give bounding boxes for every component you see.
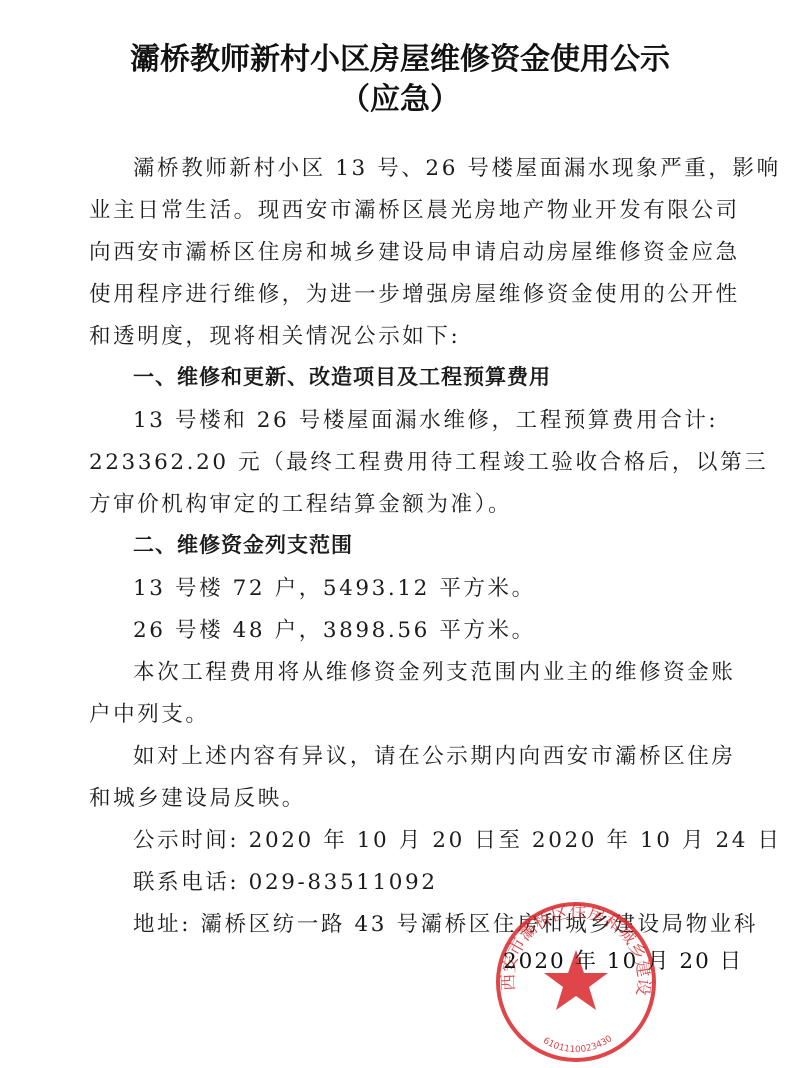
sign-date: 2020 年 10 月 20 日 — [503, 944, 743, 975]
intro-line-4: 使用程序进行维修，为进一步增强房屋维修资金使用的公开性 — [89, 277, 740, 308]
svg-text:6101110023430: 6101110023430 — [541, 1034, 615, 1055]
section1-line-1: 13 号楼和 26 号楼屋面漏水维修，工程预算费用合计: — [133, 403, 718, 434]
intro-line-2: 业主日常生活。现西安市灞桥区晨光房地产物业开发有限公司 — [89, 193, 740, 224]
section1-line-3: 方审价机构审定的工程结算金额为准）。 — [89, 487, 512, 518]
section2-line-1: 13 号楼 72 户，5493.12 平方米。 — [133, 571, 536, 602]
section1-heading: 一、维修和更新、改造项目及工程预算费用 — [133, 361, 551, 391]
notice-period: 公示时间: 2020 年 10 月 20 日至 2020 年 10 月 24 日 — [133, 823, 782, 854]
intro-line-1: 灞桥教师新村小区 13 号、26 号楼屋面漏水现象严重，影响 — [133, 151, 781, 182]
objection-line-2: 和城乡建设局反映。 — [89, 781, 306, 812]
seal-code: 6101110023430 — [541, 1034, 615, 1055]
section2-line-3: 本次工程费用将从维修资金列支范围内业主的维修资金账 — [133, 655, 736, 686]
contact-phone: 联系电话: 029-83511092 — [133, 865, 438, 896]
section2-heading: 二、维修资金列支范围 — [133, 529, 353, 559]
address: 地址: 灞桥区纺一路 43 号灞桥区住房和城乡建设局物业科 — [133, 907, 758, 938]
section1-line-2: 223362.20 元（最终工程费用待工程竣工验收合格后，以第三 — [89, 445, 768, 476]
document-title: 灞桥教师新村小区房屋维修资金使用公示 — [0, 34, 800, 78]
intro-line-5: 和透明度，现将相关情况公示如下: — [89, 319, 460, 350]
objection-line-1: 如对上述内容有异议，请在公示期内向西安市灞桥区住房 — [133, 739, 736, 770]
intro-line-3: 向西安市灞桥区住房和城乡建设局申请启动房屋维修资金应急 — [89, 235, 740, 266]
document-subtitle: （应急） — [0, 74, 800, 118]
official-seal-icon: 西安市灞桥区住房和城乡建设局 6101110023430 — [494, 900, 658, 1064]
section2-line-2: 26 号楼 48 户，3898.56 平方米。 — [133, 613, 536, 644]
section2-line-4: 户中列支。 — [89, 697, 210, 728]
